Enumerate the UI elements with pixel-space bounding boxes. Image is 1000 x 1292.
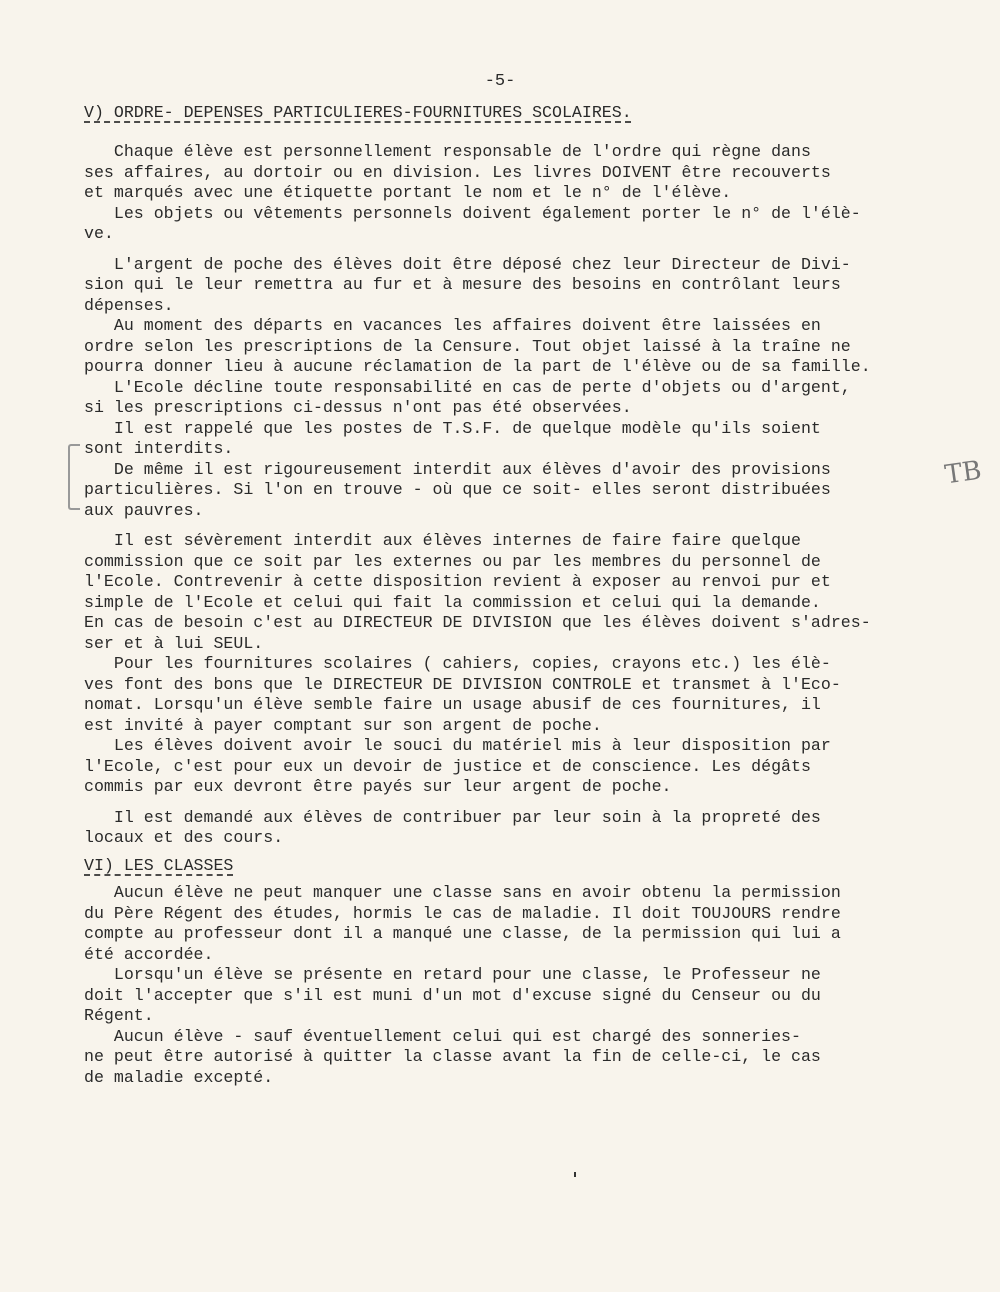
text-line: pourra donner lieu à aucune réclamation … — [84, 357, 954, 378]
paper-speck — [574, 1172, 576, 1177]
text-line: sont interdits. — [84, 439, 954, 460]
section-5-heading: V) ORDRE- DEPENSES PARTICULIERES-FOURNIT… — [84, 103, 954, 124]
text-line: De même il est rigoureusement interdit a… — [84, 460, 954, 481]
page-number: -5- — [0, 72, 1000, 91]
text-line: Aucun élève - sauf éventuellement celui … — [84, 1027, 954, 1048]
text-line: ves font des bons que le DIRECTEUR DE DI… — [84, 675, 954, 696]
text-line: aux pauvres. — [84, 501, 954, 522]
text-line: été accordée. — [84, 945, 954, 966]
section-5-body: Chaque élève est personnellement respons… — [84, 142, 954, 849]
document-page: -5- V) ORDRE- DEPENSES PARTICULIERES-FOU… — [0, 0, 1000, 1292]
handwritten-margin-note: TB — [943, 456, 983, 491]
text-line: Aucun élève ne peut manquer une classe s… — [84, 883, 954, 904]
margin-bracket — [68, 444, 80, 510]
text-line: Les objets ou vêtements personnels doive… — [84, 204, 954, 225]
text-line: est invité à payer comptant sur son arge… — [84, 716, 954, 737]
text-line: Au moment des départs en vacances les af… — [84, 316, 954, 337]
text-line — [84, 798, 954, 808]
text-line: de maladie excepté. — [84, 1068, 954, 1089]
text-line: doit l'accepter que s'il est muni d'un m… — [84, 986, 954, 1007]
text-line: si les prescriptions ci-dessus n'ont pas… — [84, 398, 954, 419]
text-line: ve. — [84, 224, 954, 245]
text-line: Il est demandé aux élèves de contribuer … — [84, 808, 954, 829]
text-line: nomat. Lorsqu'un élève semble faire un u… — [84, 695, 954, 716]
text-line: dépenses. — [84, 296, 954, 317]
text-line: l'Ecole, c'est pour eux un devoir de jus… — [84, 757, 954, 778]
text-line: ser et à lui SEUL. — [84, 634, 954, 655]
text-line: l'Ecole. Contrevenir à cette disposition… — [84, 572, 954, 593]
text-line: L'Ecole décline toute responsabilité en … — [84, 378, 954, 399]
text-line: particulières. Si l'on en trouve - où qu… — [84, 480, 954, 501]
text-line: du Père Régent des études, hormis le cas… — [84, 904, 954, 925]
text-line: Chaque élève est personnellement respons… — [84, 142, 954, 163]
text-line: ne peut être autorisé à quitter la class… — [84, 1047, 954, 1068]
text-line: simple de l'Ecole et celui qui fait la c… — [84, 593, 954, 614]
text-line: Pour les fournitures scolaires ( cahiers… — [84, 654, 954, 675]
text-line: commis par eux devront être payés sur le… — [84, 777, 954, 798]
text-line: locaux et des cours. — [84, 828, 954, 849]
text-line: Les élèves doivent avoir le souci du mat… — [84, 736, 954, 757]
text-line: et marqués avec une étiquette portant le… — [84, 183, 954, 204]
text-line: ses affaires, au dortoir ou en division.… — [84, 163, 954, 184]
text-line: sion qui le leur remettra au fur et à me… — [84, 275, 954, 296]
text-line: ordre selon les prescriptions de la Cens… — [84, 337, 954, 358]
text-line: Il est sévèrement interdit aux élèves in… — [84, 531, 954, 552]
section-6-body: Aucun élève ne peut manquer une classe s… — [84, 883, 954, 1088]
text-line: Lorsqu'un élève se présente en retard po… — [84, 965, 954, 986]
text-line: Il est rappelé que les postes de T.S.F. … — [84, 419, 954, 440]
text-line: L'argent de poche des élèves doit être d… — [84, 255, 954, 276]
section-6-heading: VI) LES CLASSES — [84, 856, 954, 877]
text-line: commission que ce soit par les externes … — [84, 552, 954, 573]
text-line: Régent. — [84, 1006, 954, 1027]
text-line — [84, 521, 954, 531]
text-line: En cas de besoin c'est au DIRECTEUR DE D… — [84, 613, 954, 634]
text-line: compte au professeur dont il a manqué un… — [84, 924, 954, 945]
text-line — [84, 245, 954, 255]
